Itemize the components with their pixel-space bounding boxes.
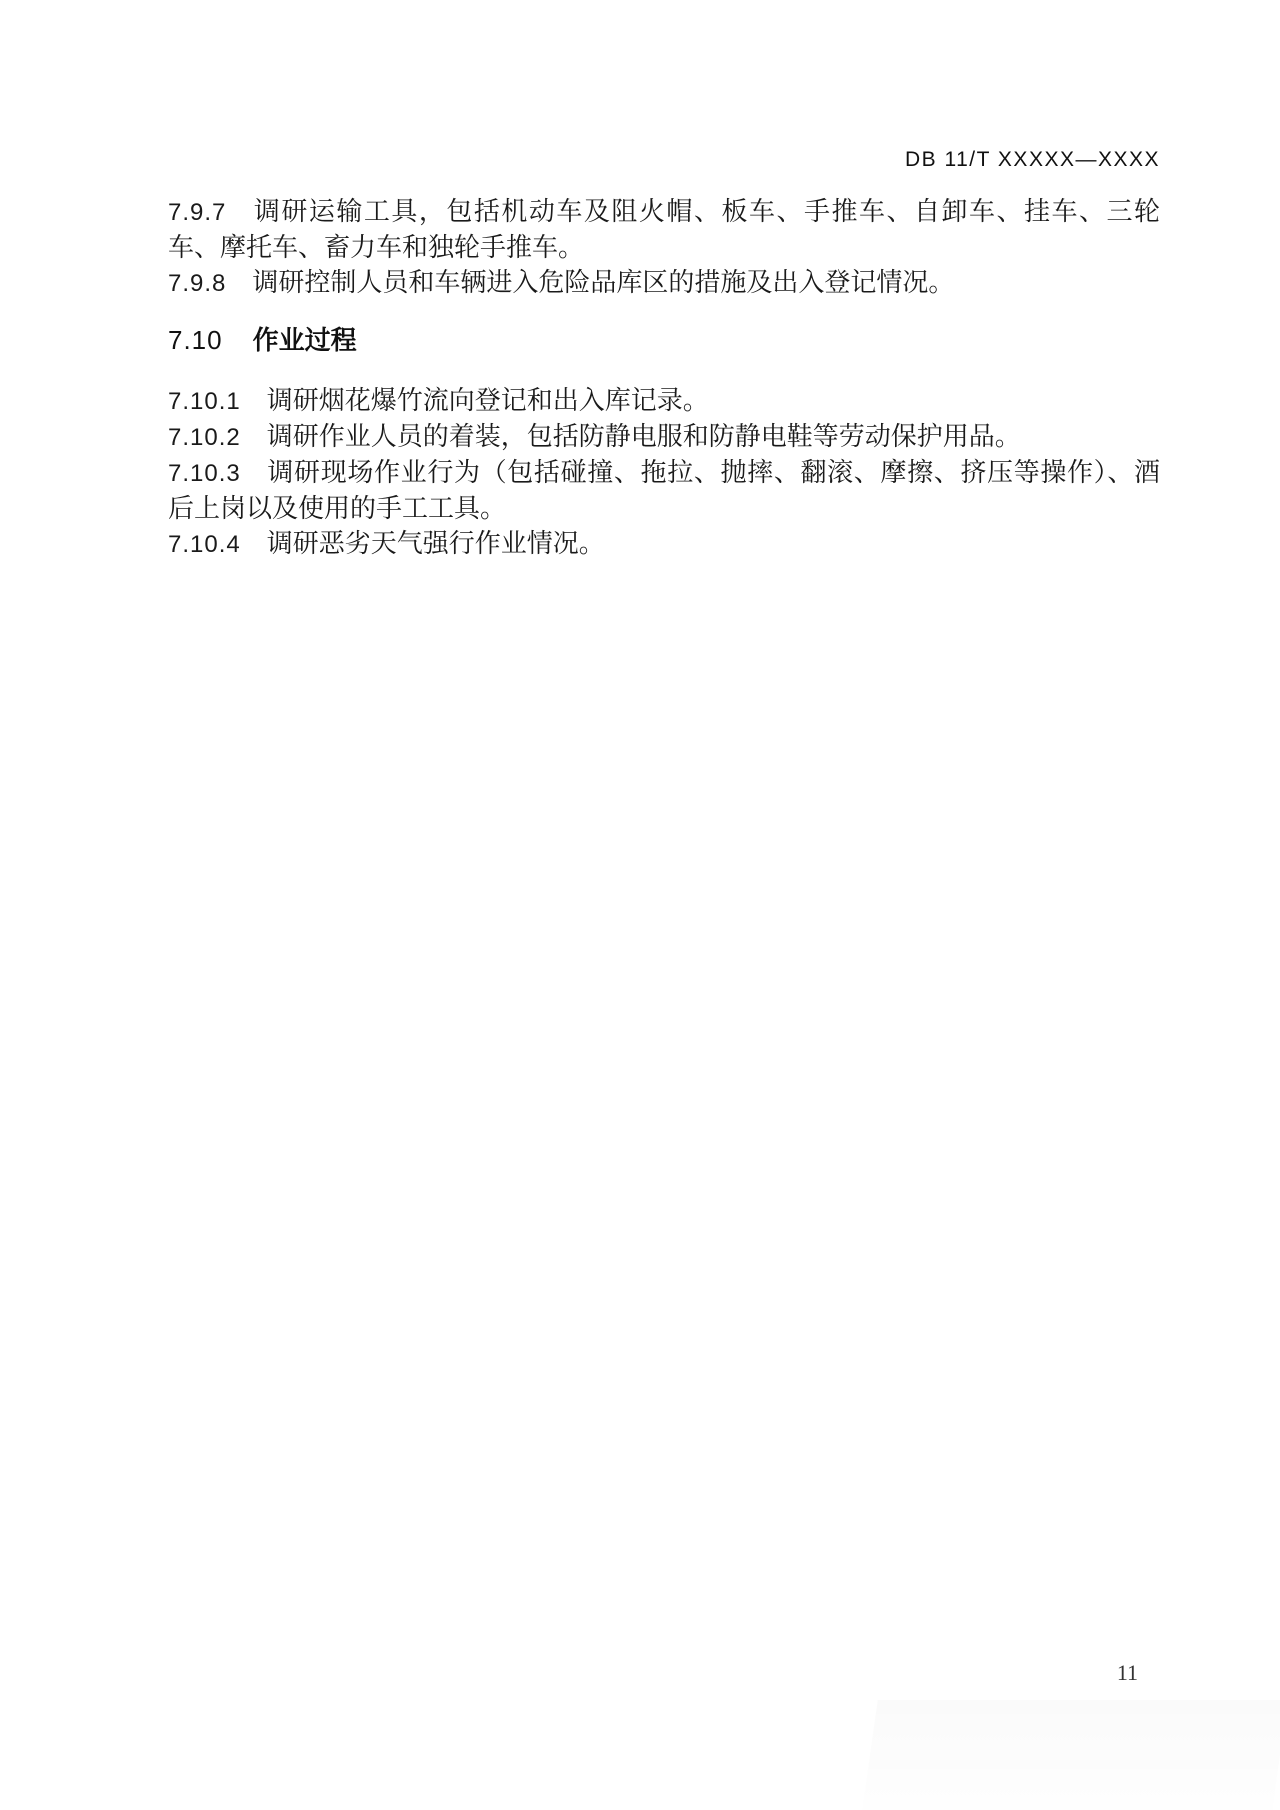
section-heading-7-10: 7.10作业过程 (168, 325, 1160, 355)
clause-number: 7.9.7 (168, 199, 226, 226)
document-body: 7.9.7调研运输工具，包括机动车及阻火帽、板车、手推车、自卸车、挂车、三轮车、… (168, 194, 1160, 562)
clause-7-10-3: 7.10.3调研现场作业行为（包括碰撞、拖拉、抛摔、翻滚、摩擦、挤压等操作）、酒… (168, 455, 1160, 526)
scan-shadow-artifact (862, 1700, 1280, 1810)
standard-number: DB 11/T XXXXX—XXXX (905, 148, 1160, 171)
clause-number: 7.10.3 (168, 460, 241, 487)
clause-7-9-8: 7.9.8调研控制人员和车辆进入危险品库区的措施及出入登记情况。 (168, 265, 1160, 301)
clause-text: 调研恶劣天气强行作业情况。 (267, 529, 605, 558)
clause-7-10-2: 7.10.2调研作业人员的着装，包括防静电服和防静电鞋等劳动保护用品。 (168, 419, 1160, 455)
clause-7-10-1: 7.10.1调研烟花爆竹流向登记和出入库记录。 (168, 383, 1160, 419)
clause-number: 7.10.4 (168, 531, 241, 558)
clause-text: 调研控制人员和车辆进入危险品库区的措施及出入登记情况。 (252, 268, 954, 297)
clause-number: 7.10.1 (168, 388, 241, 415)
clause-number: 7.9.8 (168, 270, 226, 297)
clause-text: 调研作业人员的着装，包括防静电服和防静电鞋等劳动保护用品。 (267, 422, 1021, 451)
section-heading-number: 7.10 (168, 325, 223, 355)
clause-text: 调研现场作业行为（包括碰撞、拖拉、抛摔、翻滚、摩擦、挤压等操作）、酒后上岗以及使… (168, 458, 1160, 523)
section-heading-title: 作业过程 (253, 325, 357, 355)
document-page: DB 11/T XXXXX—XXXX 7.9.7调研运输工具，包括机动车及阻火帽… (0, 0, 1280, 1810)
clause-7-10-4: 7.10.4调研恶劣天气强行作业情况。 (168, 526, 1160, 562)
clause-text: 调研烟花爆竹流向登记和出入库记录。 (267, 386, 709, 415)
page-header: DB 11/T XXXXX—XXXX (168, 148, 1160, 172)
clause-7-9-7: 7.9.7调研运输工具，包括机动车及阻火帽、板车、手推车、自卸车、挂车、三轮车、… (168, 194, 1160, 265)
page-number: 11 (168, 1660, 1138, 1686)
clause-text: 调研运输工具，包括机动车及阻火帽、板车、手推车、自卸车、挂车、三轮车、摩托车、畜… (168, 197, 1160, 262)
page-number-value: 11 (1117, 1660, 1138, 1685)
clause-number: 7.10.2 (168, 424, 241, 451)
